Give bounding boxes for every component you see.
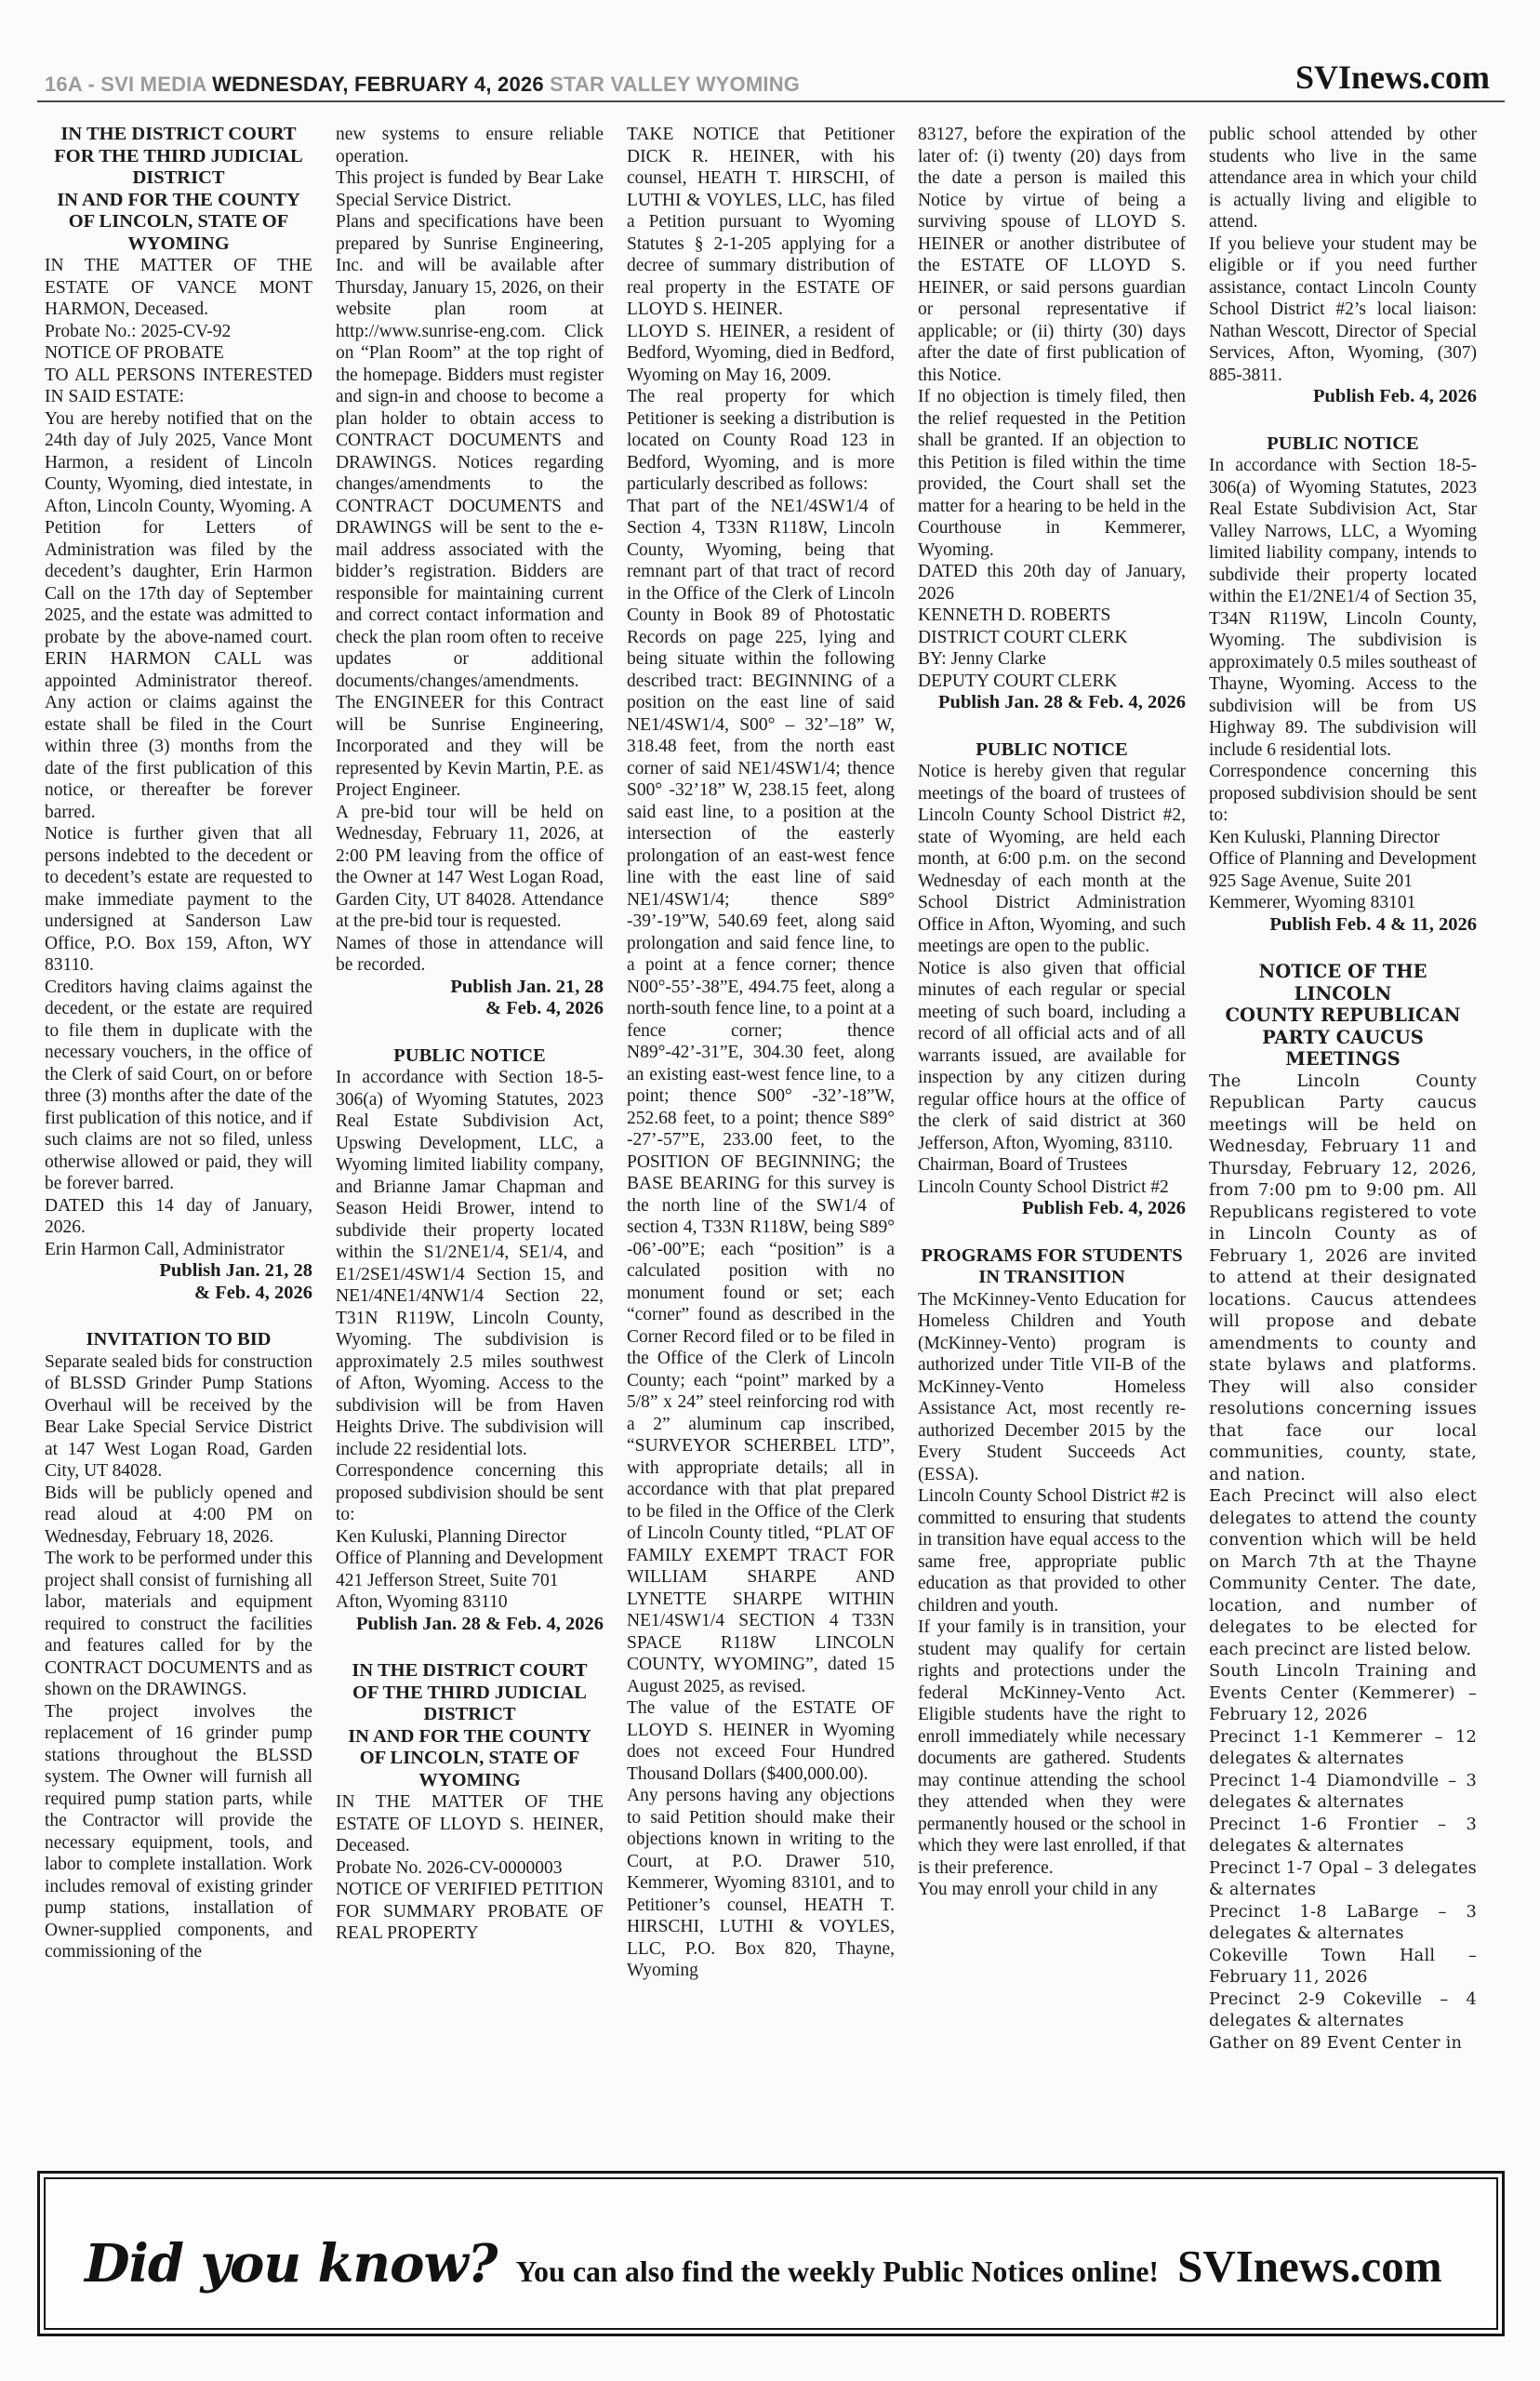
header-location: STAR VALLEY WYOMING [550, 73, 800, 96]
notice-column-1: IN THE DISTRICT COURT FOR THE THIRD JUDI… [45, 124, 312, 2165]
publish-line: Publish Jan. 21, 28 & Feb. 4, 2026 [45, 1260, 312, 1304]
notice-paragraph: new systems to ensure reliable operation… [336, 124, 604, 167]
notice-column-5: public school attended by other students… [1209, 124, 1477, 2165]
notice-paragraph: BY: Jenny Clarke [918, 648, 1186, 671]
notice-court-title: IN THE DISTRICT COURT FOR THE THIRD JUDI… [45, 124, 312, 255]
notice-paragraph: Probate No. 2026-CV-0000003 [336, 1857, 604, 1880]
notice-paragraph: NOTICE OF VERIFIED PETITION FOR SUMMARY … [336, 1879, 604, 1945]
notice-paragraph: In accordance with Section 18-5-306(a) o… [1209, 455, 1477, 761]
publish-line: Publish Jan. 28 & Feb. 4, 2026 [336, 1614, 604, 1636]
notice-paragraph: Ken Kuluski, Planning Director [336, 1526, 604, 1549]
notice-column-2: new systems to ensure reliable operation… [336, 124, 604, 2165]
notice-paragraph: Afton, Wyoming 83110 [336, 1591, 604, 1614]
notice-paragraph: If your family is in transition, your st… [918, 1616, 1186, 1879]
publish-line: Publish Jan. 28 & Feb. 4, 2026 [918, 692, 1186, 714]
notice-paragraph: Any persons having any objections to sai… [627, 1785, 895, 1982]
notice-paragraph: Chairman, Board of Trustees [918, 1154, 1186, 1177]
notice-paragraph: public school attended by other students… [1209, 124, 1477, 233]
page-label: 16A - SVI MEDIA [45, 73, 206, 96]
notice-paragraph: Creditors having claims against the dece… [45, 977, 312, 1195]
notice-paragraph: Lincoln County School District #2 is com… [918, 1485, 1186, 1616]
publish-line: Publish Feb. 4 & 11, 2026 [1209, 914, 1477, 937]
notice-heading: PUBLIC NOTICE [918, 739, 1186, 762]
notice-heading: NOTICE OF THE LINCOLN COUNTY REPUBLICAN … [1209, 961, 1477, 1071]
notice-paragraph: The value of the ESTATE OF LLOYD S. HEIN… [627, 1697, 895, 1785]
notice-paragraph: Precinct 1-6 Frontier – 3 delegates & al… [1209, 1814, 1477, 1857]
notice-paragraph: Cokeville Town Hall – February 11, 2026 [1209, 1945, 1477, 1989]
footer-banner: Did you know? You can also find the week… [37, 2171, 1505, 2336]
notice-paragraph: NOTICE OF PROBATE [45, 342, 312, 365]
notice-heading: PUBLIC NOTICE [1209, 433, 1477, 456]
notice-paragraph: DATED this 20th day of January, 2026 [918, 561, 1186, 605]
notice-paragraph: Plans and specifications have been prepa… [336, 211, 604, 802]
notice-paragraph: 421 Jefferson Street, Suite 701 [336, 1570, 604, 1592]
notice-paragraph: IN THE MATTER OF THE ESTATE OF VANCE MON… [45, 255, 312, 321]
notice-paragraph: TAKE NOTICE that Petitioner DICK R. HEIN… [627, 124, 895, 321]
notice-heading: PROGRAMS FOR STUDENTS IN TRANSITION [918, 1245, 1186, 1289]
banner-message: You can also find the weekly Public Noti… [515, 2255, 1159, 2289]
site-logo: SVInews.com [1295, 58, 1490, 97]
notice-paragraph: LLOYD S. HEINER, a resident of Bedford, … [627, 321, 895, 387]
notice-paragraph: Probate No.: 2025-CV-92 [45, 321, 312, 343]
notice-paragraph: If you believe your student may be eligi… [1209, 233, 1477, 387]
header-masthead-line: 16A - SVI MEDIA WEDNESDAY, FEBRUARY 4, 2… [45, 73, 800, 97]
footer-banner-frame: Did you know? You can also find the week… [44, 2177, 1498, 2330]
notice-paragraph: Erin Harmon Call, Administrator [45, 1239, 312, 1261]
notice-paragraph: Correspondence concerning this proposed … [336, 1460, 604, 1526]
page-header: 16A - SVI MEDIA WEDNESDAY, FEBRUARY 4, 2… [45, 58, 1490, 97]
notice-paragraph: Names of those in attendance will be rec… [336, 933, 604, 977]
footer-banner-row: Did you know? You can also find the week… [85, 2233, 1442, 2295]
publish-line: Publish Feb. 4, 2026 [918, 1198, 1186, 1220]
notice-paragraph: The project involves the replacement of … [45, 1701, 312, 1963]
banner-site: SVInews.com [1177, 2240, 1441, 2293]
notice-paragraph: Precinct 1-8 LaBarge – 3 delegates & alt… [1209, 1901, 1477, 1945]
notice-paragraph: KENNETH D. ROBERTS [918, 605, 1186, 627]
notice-paragraph: Each Precinct will also elect delegates … [1209, 1485, 1477, 1660]
header-rule [37, 100, 1505, 102]
notice-paragraph: Separate sealed bids for construction of… [45, 1351, 312, 1483]
notice-paragraph: TO ALL PERSONS INTERESTED IN SAID ESTATE… [45, 365, 312, 408]
notice-paragraph: The real property for which Petitioner i… [627, 386, 895, 496]
notice-paragraph: Gather on 89 Event Center in [1209, 2032, 1477, 2055]
notice-paragraph: Notice is also given that official minut… [918, 958, 1186, 1155]
banner-lead: Did you know? [85, 2233, 497, 2295]
notice-paragraph: You are hereby notified that on the 24th… [45, 408, 312, 824]
notice-paragraph: Bids will be publicly opened and read al… [45, 1483, 312, 1549]
notice-paragraph: A pre-bid tour will be held on Wednesday… [336, 802, 604, 933]
header-date: WEDNESDAY, FEBRUARY 4, 2026 [212, 73, 544, 96]
public-notices-columns: IN THE DISTRICT COURT FOR THE THIRD JUDI… [45, 124, 1477, 2165]
notice-paragraph: IN THE MATTER OF THE ESTATE OF LLOYD S. … [336, 1791, 604, 1857]
notice-paragraph: The work to be performed under this proj… [45, 1548, 312, 1701]
notice-column-3: TAKE NOTICE that Petitioner DICK R. HEIN… [627, 124, 895, 2165]
notice-paragraph: Kemmerer, Wyoming 83101 [1209, 892, 1477, 914]
notice-paragraph: If no objection is timely filed, then th… [918, 386, 1186, 561]
notice-paragraph: The McKinney-Vento Education for Homeles… [918, 1289, 1186, 1486]
notice-paragraph: DISTRICT COURT CLERK [918, 627, 1186, 649]
notice-paragraph: Office of Planning and Development [1209, 848, 1477, 871]
notice-paragraph: In accordance with Section 18-5-306(a) o… [336, 1067, 604, 1460]
notice-paragraph: 925 Sage Avenue, Suite 201 [1209, 871, 1477, 893]
notice-paragraph: DEPUTY COURT CLERK [918, 671, 1186, 693]
notice-paragraph: DATED this 14 day of January, 2026. [45, 1195, 312, 1239]
publish-line: Publish Feb. 4, 2026 [1209, 386, 1477, 408]
notice-paragraph: Precinct 1-7 Opal – 3 delegates & altern… [1209, 1857, 1477, 1901]
notice-paragraph: 83127, before the expiration of the late… [918, 124, 1186, 386]
notice-paragraph: Precinct 1-1 Kemmerer – 12 delegates & a… [1209, 1726, 1477, 1770]
notice-heading: INVITATION TO BID [45, 1329, 312, 1351]
notice-paragraph: South Lincoln Training and Events Center… [1209, 1660, 1477, 1726]
publish-line: Publish Jan. 21, 28 & Feb. 4, 2026 [336, 977, 604, 1020]
notice-paragraph: Precinct 2-9 Cokeville – 4 delegates & a… [1209, 1989, 1477, 2032]
notice-court-title: IN THE DISTRICT COURT OF THE THIRD JUDIC… [336, 1660, 604, 1791]
notice-paragraph: Precinct 1-4 Diamondville – 3 delegates … [1209, 1770, 1477, 1814]
notice-paragraph: Correspondence concerning this proposed … [1209, 761, 1477, 827]
notice-column-4: 83127, before the expiration of the late… [918, 124, 1186, 2165]
notice-paragraph: You may enroll your child in any [918, 1879, 1186, 1901]
notice-paragraph: The Lincoln County Republican Party cauc… [1209, 1071, 1477, 1486]
notice-paragraph: Ken Kuluski, Planning Director [1209, 827, 1477, 849]
notice-paragraph: This project is funded by Bear Lake Spec… [336, 167, 604, 211]
notice-heading: PUBLIC NOTICE [336, 1045, 604, 1068]
notice-paragraph: Notice is hereby given that regular meet… [918, 761, 1186, 958]
notice-paragraph: That part of the NE1/4SW1/4 of Section 4… [627, 496, 895, 1698]
notice-paragraph: Notice is further given that all persons… [45, 823, 312, 977]
notice-paragraph: Lincoln County School District #2 [918, 1177, 1186, 1199]
notice-paragraph: Office of Planning and Development [336, 1548, 604, 1570]
